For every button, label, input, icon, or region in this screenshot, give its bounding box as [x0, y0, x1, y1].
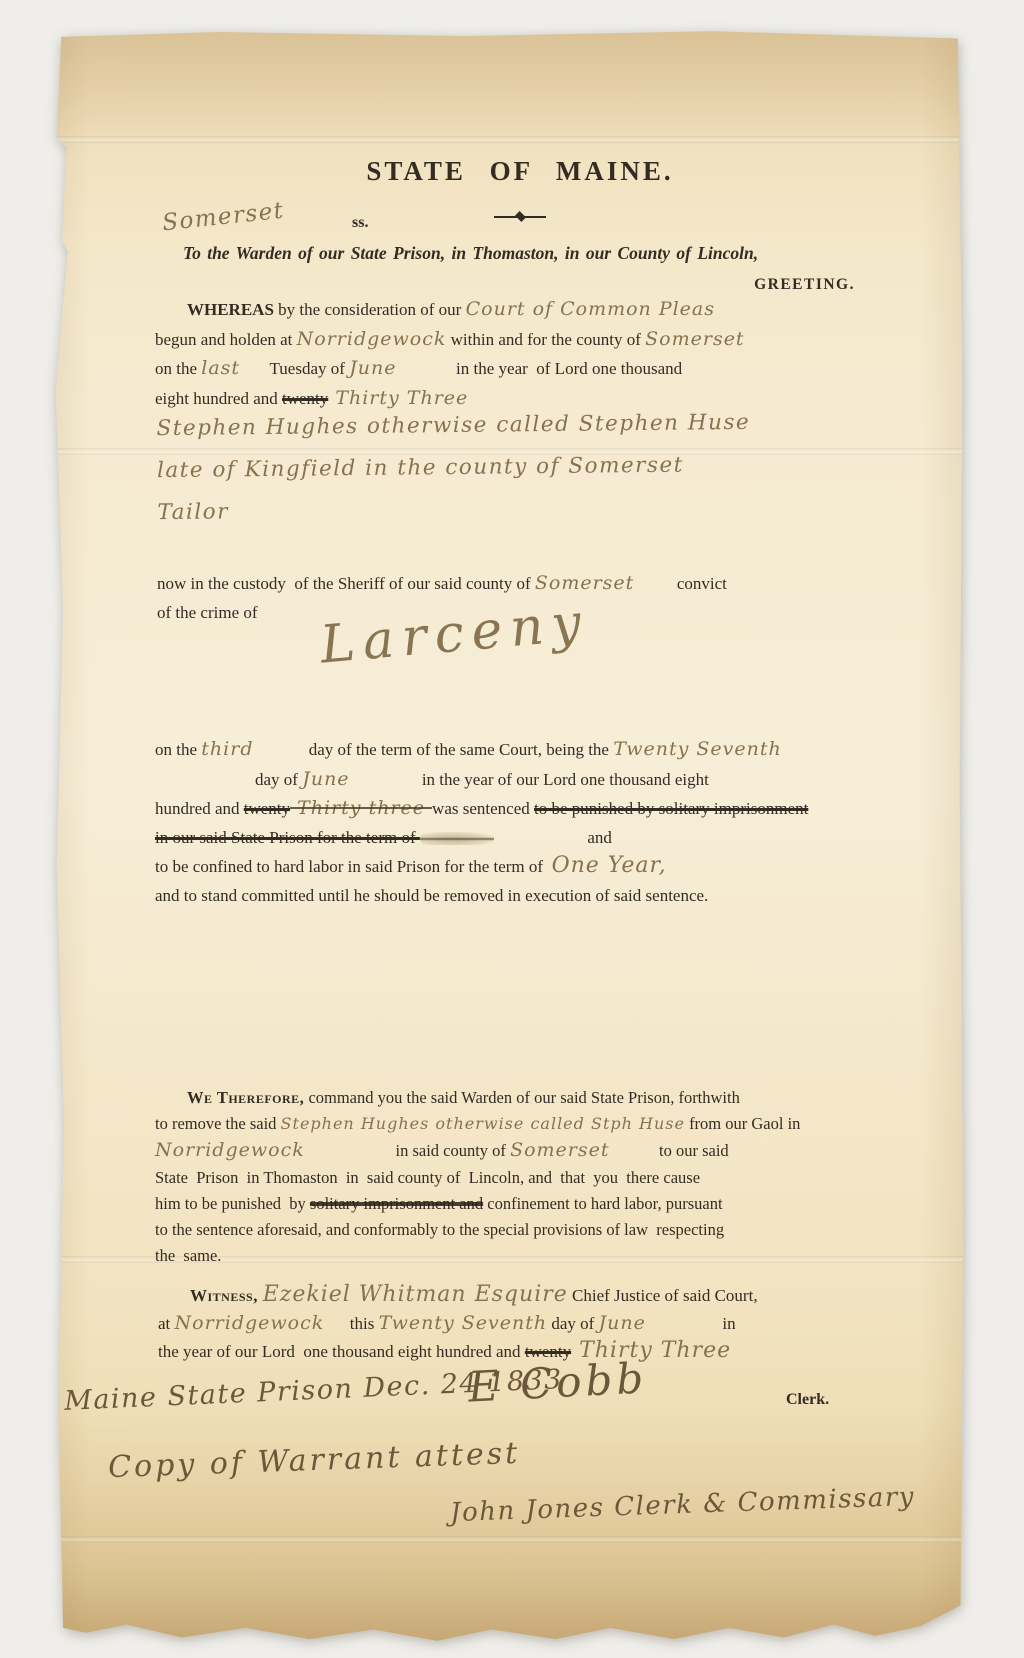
text-run: the same.: [155, 1246, 221, 1265]
text-line: on the last Tuesday of June in the year …: [155, 354, 890, 384]
text-run: day of: [255, 770, 302, 789]
text-run: Norridgewock: [297, 328, 447, 350]
text-run: Tuesday of: [240, 359, 349, 378]
text-run: June: [349, 357, 396, 379]
text-run: June: [599, 1312, 646, 1334]
text-run: last: [201, 357, 240, 379]
ss-label: ss.: [352, 214, 368, 232]
text-run: Witness,: [190, 1286, 263, 1305]
text-run: Somerset: [510, 1139, 609, 1161]
text-run: begun and holden at: [155, 330, 297, 349]
text-line: WHEREAS by the consideration of our Cour…: [155, 295, 890, 325]
text-line: to remove the said Stephen Hughes otherw…: [155, 1111, 890, 1137]
text-run: was sentenced: [432, 799, 534, 818]
text-run: day of the term of the same Court, being…: [253, 740, 613, 759]
text-line: We Therefore, command you the said Warde…: [155, 1085, 890, 1111]
text-run: in the year of Lord one thousand: [397, 359, 683, 378]
text-run: by the consideration of our: [278, 300, 465, 319]
text-run: this: [324, 1314, 378, 1333]
text-run: convict: [634, 574, 727, 593]
text-line: late of Kingfield in the county of Somer…: [157, 444, 751, 492]
text-run: Stephen Hughes otherwise called Stephen …: [156, 410, 750, 441]
text-run: command you the said Warden of our said …: [304, 1088, 740, 1107]
text-run: Ezekiel Whitman Esquire: [263, 1282, 568, 1307]
text-run: on the: [155, 359, 201, 378]
text-run: eight hundred and: [155, 389, 282, 408]
text-run: to be confined to hard labor in said Pri…: [155, 857, 552, 876]
text-line: at Norridgewock this Twenty Seventh day …: [158, 1310, 893, 1338]
text-run: Chief Justice of said Court,: [568, 1286, 758, 1305]
ornament-divider-icon: [494, 212, 546, 221]
text-run: Norridgewock: [175, 1312, 325, 1334]
text-line: Tailor: [157, 486, 751, 534]
text-line: him to be punished by solitary imprisonm…: [155, 1191, 890, 1217]
text-run: Norridgewock: [155, 1139, 305, 1161]
ornament-bar: [524, 216, 547, 218]
text-run: to the sentence aforesaid, and conformab…: [155, 1220, 724, 1239]
text-run: and: [494, 828, 612, 847]
text-line: to be confined to hard labor in said Pri…: [155, 852, 890, 882]
text-run: late of Kingfield in the county of Somer…: [157, 453, 684, 484]
text-run: to our said: [610, 1141, 729, 1160]
text-run: within and for the county of: [446, 330, 645, 349]
document-page: STATE OF MAINE. Somerset ss. To the Ward…: [0, 0, 1024, 1658]
text-line: the same.: [155, 1243, 890, 1269]
text-run: Somerset: [645, 328, 744, 350]
text-run: to be punished by solitary imprisonment: [534, 799, 808, 818]
fold-crease: [54, 136, 966, 143]
text-run: the year of our Lord one thousand eight …: [158, 1342, 525, 1361]
text-run: to remove the said: [155, 1114, 281, 1133]
text-line: on the third day of the term of the same…: [155, 735, 890, 765]
text-line: now in the custody of the Sheriff of our…: [157, 569, 892, 599]
text-line: Stephen Hughes otherwise called Stephen …: [156, 402, 750, 450]
ornament-bar: [494, 216, 517, 218]
text-run: June: [302, 768, 349, 790]
text-run: WHEREAS: [187, 300, 278, 319]
text-run: Thirty three: [290, 797, 432, 819]
text-line: Norridgewock in said county of Somerset …: [155, 1137, 890, 1164]
fold-crease: [54, 1536, 966, 1543]
text-run: now in the custody of the Sheriff of our…: [157, 574, 535, 593]
text-run: in said county of: [305, 1141, 510, 1160]
sentence-paragraph: on the third day of the term of the same…: [155, 735, 890, 911]
text-run: in our said State Prison for the term of: [155, 828, 420, 847]
text-run: third: [201, 738, 253, 760]
text-run: solitary imprisonment and: [310, 1194, 483, 1213]
text-run: Court of Common Pleas: [466, 298, 715, 320]
text-run: Stephen Hughes otherwise called Stph Hus…: [281, 1114, 685, 1133]
document-title: STATE OF MAINE.: [160, 156, 880, 187]
text-line: State Prison in Thomaston in said county…: [155, 1165, 890, 1191]
text-line: to the sentence aforesaid, and conformab…: [155, 1217, 890, 1243]
text-run: twenty: [244, 799, 290, 818]
therefore-paragraph: We Therefore, command you the said Warde…: [155, 1085, 890, 1269]
text-run: from our Gaol in: [685, 1114, 800, 1133]
text-line: hundred and twenty Thirty three was sent…: [155, 794, 890, 824]
clerk-signature: E Cobb: [467, 1353, 649, 1411]
prisoner-description: Stephen Hughes otherwise called Stephen …: [156, 402, 751, 534]
ornament-diamond: [515, 211, 526, 222]
text-run: day of: [547, 1314, 598, 1333]
text-run: Tailor: [157, 499, 229, 525]
text-run: hundred and: [155, 799, 244, 818]
text-run: in the year of our Lord one thousand eig…: [350, 770, 709, 789]
text-run: at: [158, 1314, 175, 1333]
text-run: Twenty Seventh: [379, 1312, 548, 1334]
text-run: on the: [155, 740, 201, 759]
text-line: in our said State Prison for the term of…: [155, 824, 890, 853]
text-run: Somerset: [535, 572, 634, 594]
text-line: and to stand committed until he should b…: [155, 882, 890, 911]
text-run: confinement to hard labor, pursuant: [483, 1194, 722, 1213]
text-run: in: [646, 1314, 736, 1333]
text-run: One Year,: [552, 853, 667, 878]
text-run: of the crime of: [157, 603, 258, 622]
text-line: Witness, Ezekiel Whitman Esquire Chief J…: [158, 1281, 893, 1310]
witness-paragraph: Witness, Ezekiel Whitman Esquire Chief J…: [158, 1281, 893, 1366]
text-run: him to be punished by: [155, 1194, 310, 1213]
text-run: Twenty Seventh: [613, 738, 782, 760]
address-line: To the Warden of our State Prison, in Th…: [183, 243, 758, 264]
text-run: We Therefore,: [187, 1088, 304, 1107]
clerk-label: Clerk.: [786, 1391, 829, 1409]
text-line: begun and holden at Norridgewock within …: [155, 325, 890, 355]
text-run: State Prison in Thomaston in said county…: [155, 1168, 700, 1187]
greeting-label: GREETING.: [610, 276, 855, 294]
text-run: [420, 832, 494, 845]
text-line: day of June in the year of our Lord one …: [155, 765, 890, 795]
text-run: twenty: [282, 389, 328, 408]
text-run: and to stand committed until he should b…: [155, 886, 708, 905]
whereas-paragraph: WHEREAS by the consideration of our Cour…: [155, 295, 890, 413]
